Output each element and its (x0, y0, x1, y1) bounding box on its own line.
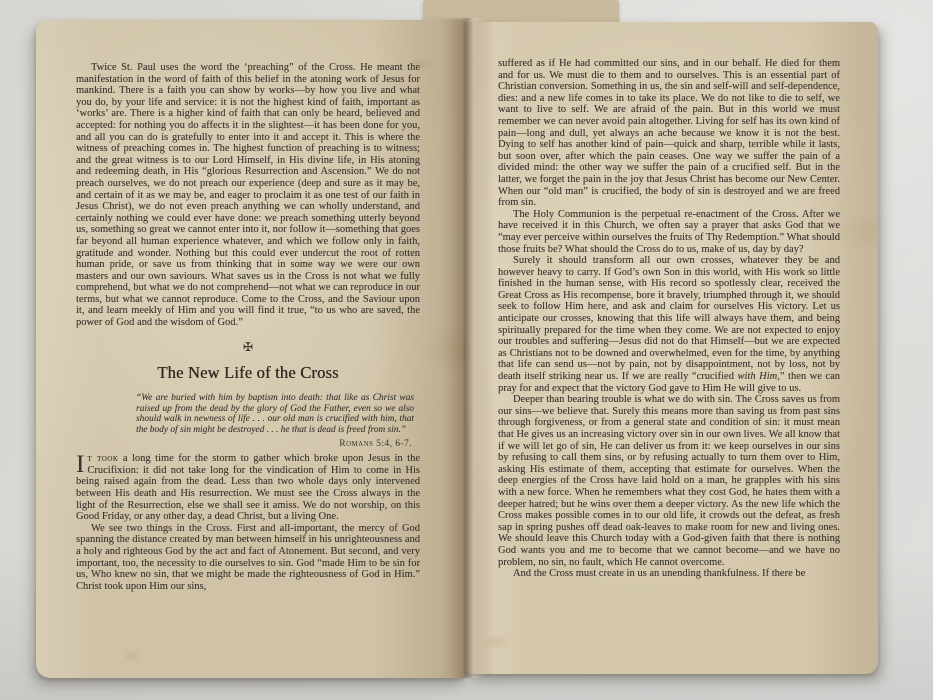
epigraph-source: Romans 5:4, 6-7. (76, 438, 412, 449)
left-page-text-block: Twice St. Paul uses the word the ‘preach… (76, 62, 420, 592)
cross-ornament-icon: ✠ (76, 340, 420, 354)
epigraph: “We are buried with him by baptism into … (136, 393, 414, 437)
paragraph-storm-lead-in: t took (87, 453, 118, 464)
epigraph-source-text: Romans 5:4, 6-7. (339, 438, 412, 449)
paragraph-two-things: We see two things in the Cross. First an… (76, 523, 420, 593)
right-page-text-block: suffered as if He had committed our sins… (498, 58, 840, 580)
right-page: suffered as if He had committed our sins… (466, 22, 878, 674)
paragraph-storm: It took a long time for the storm to gat… (76, 453, 420, 523)
paragraph-suffered: suffered as if He had committed our sins… (498, 58, 840, 209)
left-page: Twice St. Paul uses the word the ‘preach… (36, 20, 466, 678)
paragraph-deeper: Deeper than bearing trouble is what we d… (498, 394, 840, 568)
section-title: The New Life of the Cross (76, 363, 420, 383)
booklet: Twice St. Paul uses the word the ‘preach… (36, 18, 878, 678)
paragraph-storm-text: a long time for the storm to gather whic… (76, 453, 420, 522)
drop-cap: I (76, 453, 87, 475)
paragraph-thankfulness: And the Cross must create in us an unend… (498, 568, 840, 580)
photo-surface: Twice St. Paul uses the word the ‘preach… (0, 0, 933, 700)
paragraph-communion: The Holy Communion is the perpetual re-e… (498, 209, 840, 255)
paragraph-transform: Surely it should transform all our own c… (498, 255, 840, 394)
paragraph-preaching: Twice St. Paul uses the word the ‘preach… (76, 62, 420, 329)
paragraph-transform-text-a: Surely it should transform all our own c… (498, 255, 840, 382)
italic-with-him: with Him (738, 371, 778, 382)
